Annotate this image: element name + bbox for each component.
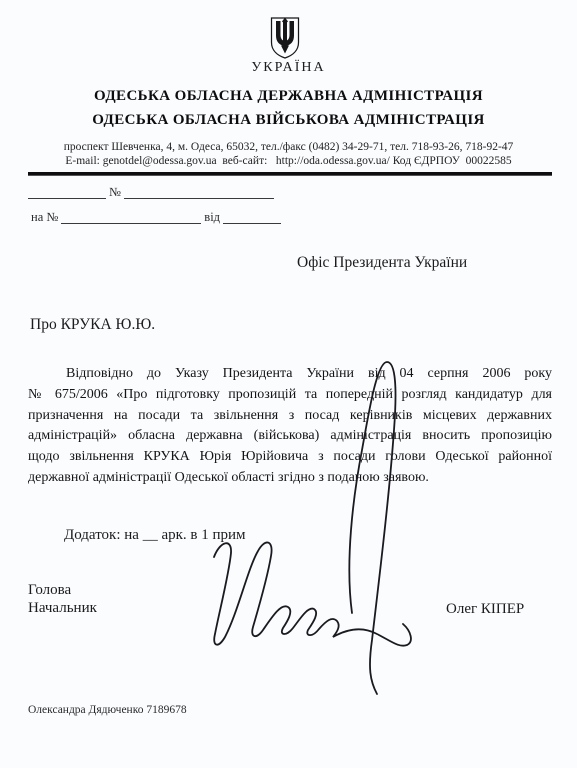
signer-name: Олег КІПЕР xyxy=(446,601,524,618)
body-line: Відповідно до Указу Президента України в… xyxy=(28,364,552,385)
org-address: проспект Шевченка, 4, м. Одеса, 65032, т… xyxy=(0,141,577,153)
subject-line: Про КРУКА Ю.Ю. xyxy=(30,316,155,334)
blank-from-date-line xyxy=(223,210,281,224)
signer-position-line1: Голова xyxy=(28,582,71,599)
body-line: державної адміністрації Одеської області… xyxy=(28,468,552,489)
ukraine-trident-icon xyxy=(270,16,300,60)
incoming-number-line: на №від xyxy=(28,210,281,224)
org-name-line2: ОДЕСЬКА ОБЛАСНА ВІЙСЬКОВА АДМІНІСТРАЦІЯ xyxy=(0,112,577,129)
blank-reply-number-line xyxy=(61,210,201,224)
executor-line: Олександра Дядюченко 7189678 xyxy=(28,704,187,716)
body-line: № 675/2006 «Про підготовку пропозицій та… xyxy=(28,385,552,406)
recipient: Офіс Президента України xyxy=(297,254,467,272)
attachment-note: Додаток: на __ арк. в 1 прим xyxy=(64,527,246,544)
body-line: щодо звільнення КРУКА Юрія Юрійовича з п… xyxy=(28,447,552,468)
blank-date-line xyxy=(28,185,106,199)
document-page: УКРАЇНА ОДЕСЬКА ОБЛАСНА ДЕРЖАВНА АДМІНІС… xyxy=(0,0,577,768)
body-line: призначення на посади та звільнення з по… xyxy=(28,406,552,427)
reply-to-label: на № xyxy=(28,210,61,224)
org-name-line1: ОДЕСЬКА ОБЛАСНА ДЕРЖАВНА АДМІНІСТРАЦІЯ xyxy=(0,88,577,105)
number-sign-label: № xyxy=(106,185,124,199)
outgoing-number-line: № xyxy=(28,185,274,199)
letter-body: Відповідно до Указу Президента України в… xyxy=(28,364,552,489)
country-label: УКРАЇНА xyxy=(0,60,577,76)
org-contacts: E-mail: genotdel@odessa.gov.ua веб-сайт:… xyxy=(0,155,577,167)
blank-number-line xyxy=(124,185,274,199)
from-date-label: від xyxy=(201,210,223,224)
header-divider xyxy=(28,172,552,176)
signer-position-line2: Начальник xyxy=(28,600,97,617)
body-line: адміністрацій» обласна державна (військо… xyxy=(28,426,552,447)
